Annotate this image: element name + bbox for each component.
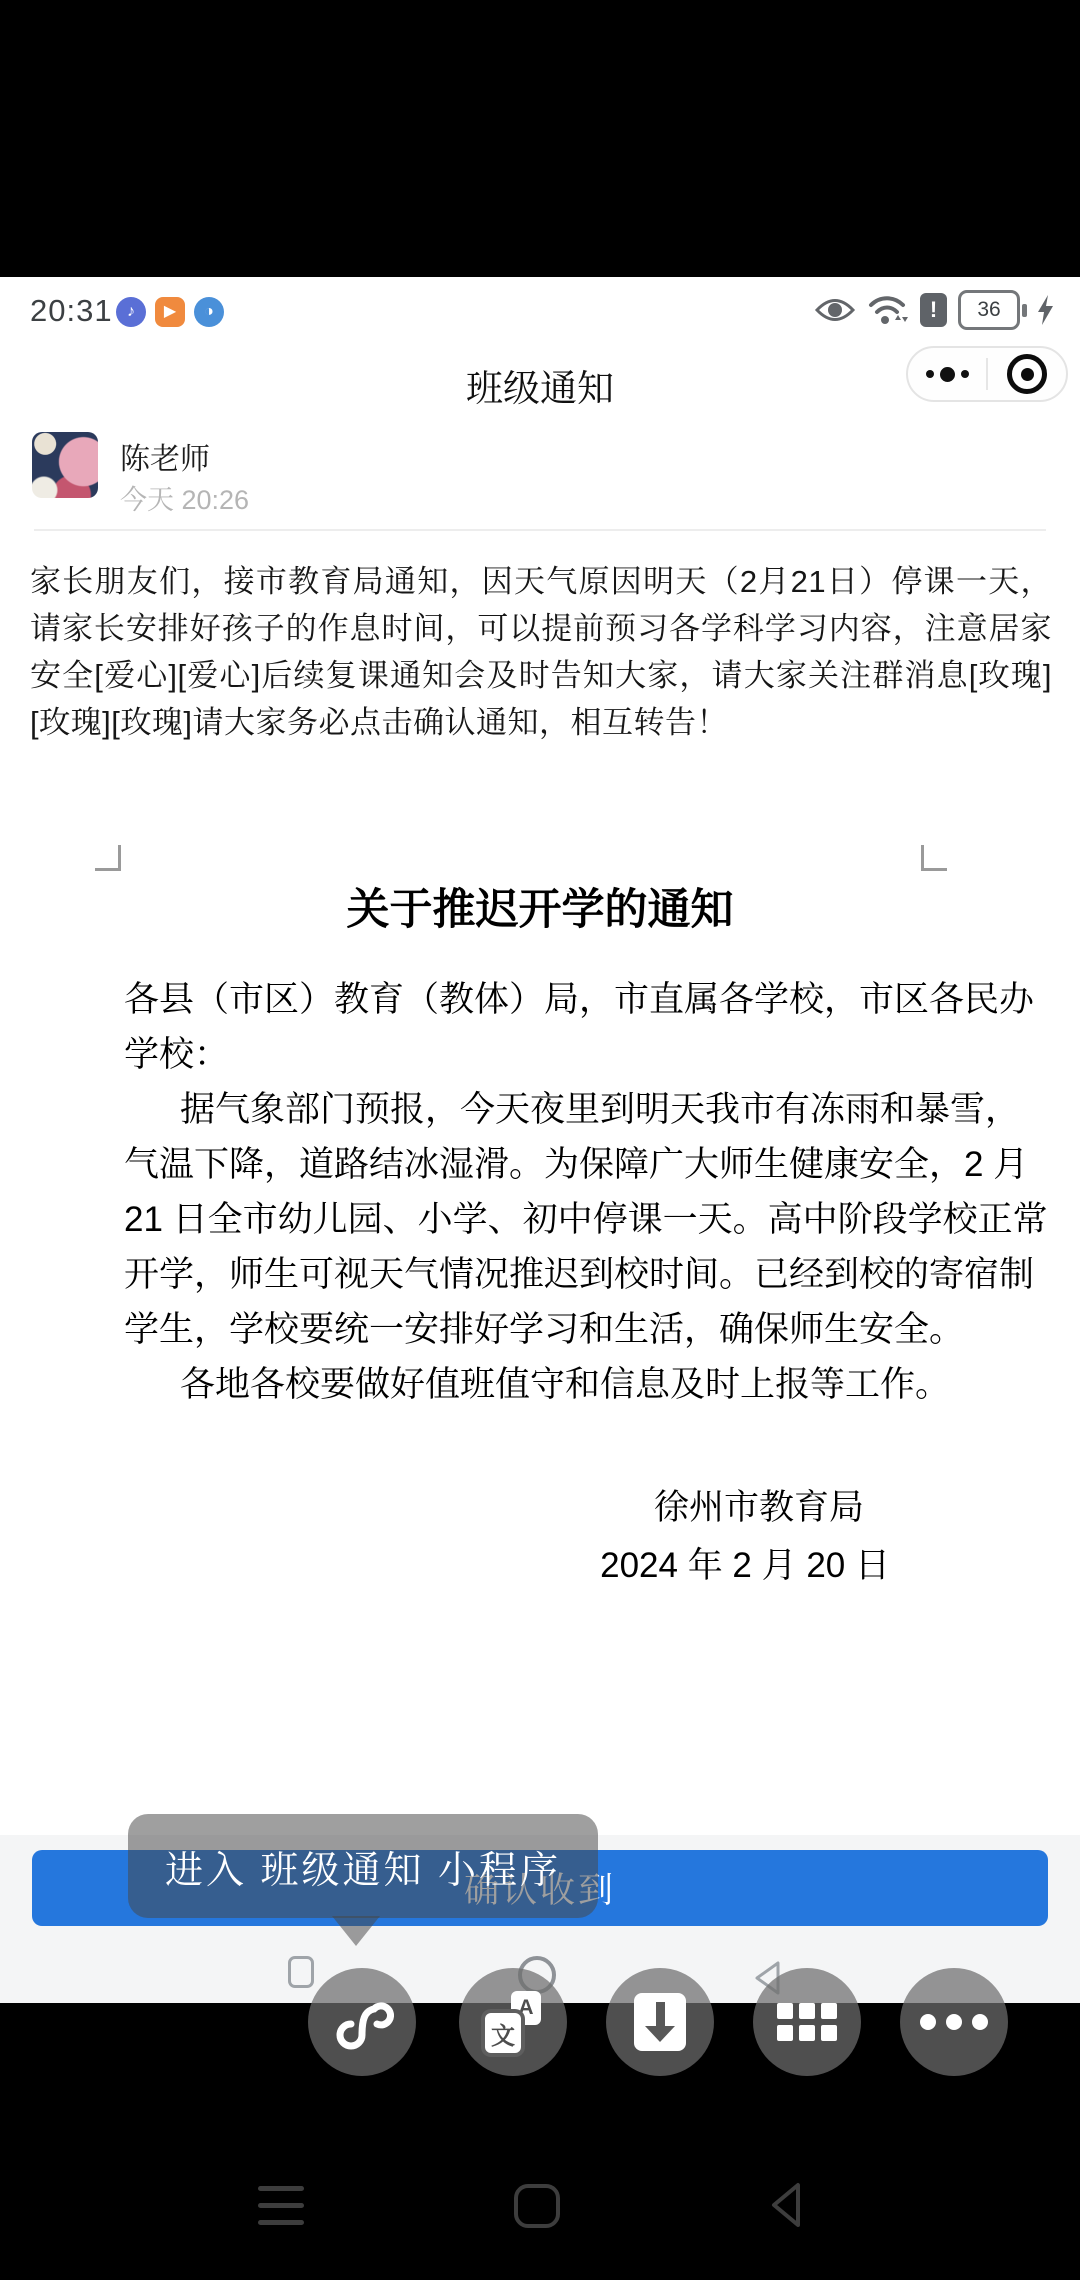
share-icon [330,1990,394,2054]
status-time: 20:31 [30,293,113,329]
grid-icon [777,2003,837,2041]
ghost-recents-icon [288,1956,314,1988]
doc-corner-mark-right [921,845,947,871]
battery-percent: 36 [958,290,1020,330]
apps-button[interactable] [753,1968,861,2076]
miniprogram-capsule [906,346,1068,402]
nav-back-button[interactable] [766,2180,810,2230]
video-app-icon: ▶ [155,297,185,327]
tooltip-text: 进入 班级通知 小程序 [165,1839,561,1894]
exit-button[interactable] [988,348,1066,400]
divider [34,529,1046,531]
tooltip-tail [332,1916,380,1946]
share-button[interactable] [308,1968,416,2076]
more-tools-button[interactable] [900,1968,1008,2076]
author-name: 陈老师 [120,434,210,478]
ellipsis-icon [926,367,969,382]
translate-icon: A 文 [483,1991,543,2053]
nav-menu-button[interactable] [258,2186,304,2225]
notice-line: 气温下降，道路结冰湿滑。为保障广大师生健康安全，2 月 [124,1137,944,1192]
browser-app-icon: ◑ [194,297,224,327]
eye-protection-icon [814,295,856,325]
music-app-icon: ♪ [116,297,146,327]
exit-target-icon [1007,354,1047,394]
notice-line: 学生，学校要统一安排好学习和生活，确保师生安全。 [124,1302,944,1357]
nav-home-button[interactable] [514,2184,560,2228]
notice-line: 学校： [124,1027,944,1082]
post-time: 今天 20:26 [120,478,249,517]
download-icon [634,1993,686,2051]
notice-body: 各县（市区）教育（教体）局，市直属各学校，市区各民办 学校： 据气象部门预报，今… [124,972,944,1412]
status-right-icons: ! 36 [814,291,1054,329]
doc-corner-mark-left [95,845,121,871]
notice-line: 21 日全市幼儿园、小学、初中停课一天。高中阶段学校正常 [124,1192,944,1247]
notice-title: 关于推迟开学的通知 [0,876,1080,937]
notice-date: 2024 年 2 月 20 日 [0,1538,890,1588]
notice-issuer: 徐州市教育局 [0,1480,864,1530]
notice-line: 各地各校要做好值班值守和信息及时上报等工作。 [124,1357,944,1412]
save-button[interactable] [606,1968,714,2076]
notice-line: 开学，师生可视天气情况推迟到校时间。已经到校的寄宿制 [124,1247,944,1302]
notice-line: 各县（市区）教育（教体）局，市直属各学校，市区各民办 [124,972,944,1027]
translate-button[interactable]: A 文 [459,1968,567,2076]
more-button[interactable] [908,348,986,400]
avatar [32,432,98,498]
wifi-icon [867,293,909,327]
phone-screen: 20:31 ♪ ▶ ◑ ! 36 班级通知 [0,0,1080,2280]
more-dots-icon [920,2014,988,2030]
notice-line: 据气象部门预报，今天夜里到明天我市有冻雨和暴雪， [124,1082,944,1137]
notification-icons: ♪ ▶ ◑ [116,297,224,327]
message-text: 家长朋友们，接市教育局通知，因天气原因明天（2月21日）停课一天，请家长安排好孩… [30,558,1052,746]
top-letterbox [0,0,1080,277]
miniprogram-tooltip: 进入 班级通知 小程序 [128,1814,598,1918]
sim-alert-icon: ! [920,293,947,327]
charging-icon [1038,295,1054,325]
battery-icon: 36 [958,290,1027,330]
